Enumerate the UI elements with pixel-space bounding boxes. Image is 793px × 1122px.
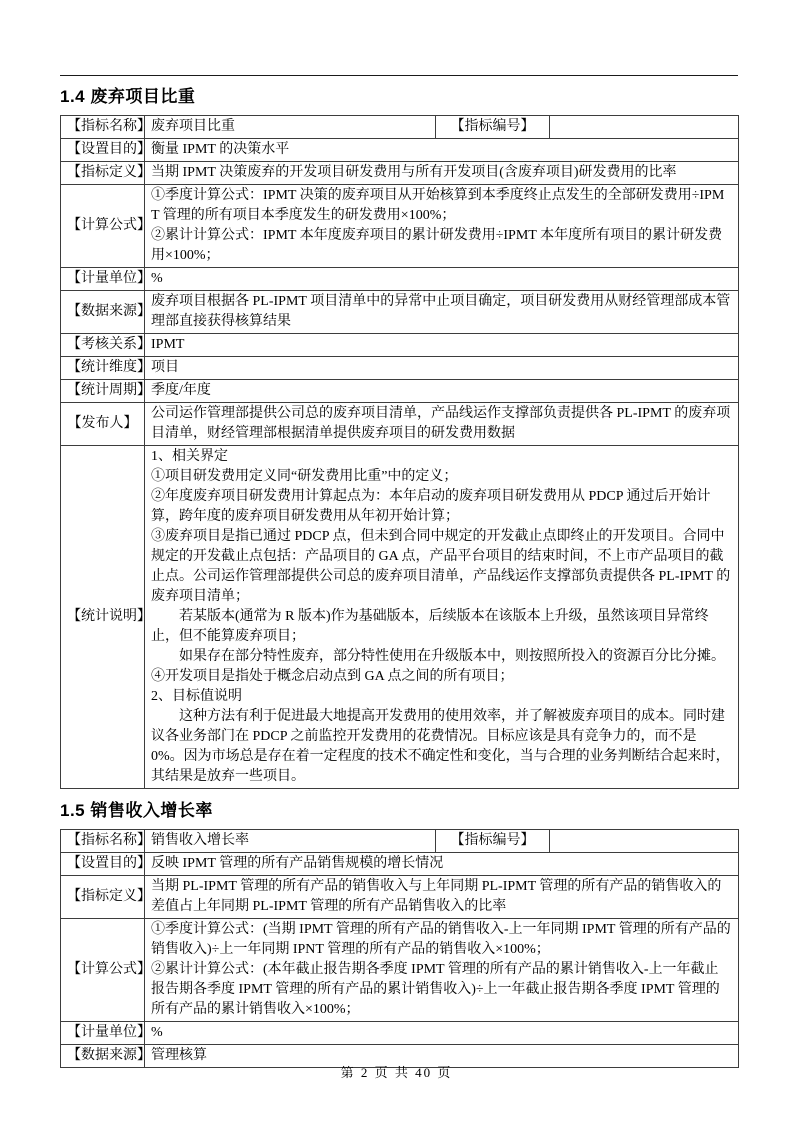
row-stat-dimension: 【统计维度】 项目 bbox=[61, 357, 739, 380]
row-label: 【统计周期】 bbox=[61, 380, 145, 403]
metric-name-value: 废弃项目比重 bbox=[145, 116, 436, 139]
row-value: 当期 PL-IPMT 管理的所有产品的销售收入与上年同期 PL-IPMT 管理的… bbox=[145, 876, 739, 919]
metric-name-label: 【指标名称】 bbox=[61, 116, 145, 139]
row-label: 【设置目的】 bbox=[61, 139, 145, 162]
row-value: 公司运作管理部提供公司总的废弃项目清单，产品线运作支撑部负责提供各 PL-IPM… bbox=[145, 403, 739, 446]
section-heading-1-4: 1.4 废弃项目比重 bbox=[60, 86, 738, 108]
row-data-source: 【数据来源】 废弃项目根据各 PL-IPMT 项目清单中的异常中止项目确定，项目… bbox=[61, 291, 739, 334]
row-value: IPMT bbox=[145, 334, 739, 357]
row-value: ①季度计算公式：(当期 IPMT 管理的所有产品的销售收入-上一年同期 IPMT… bbox=[145, 919, 739, 1022]
metric-code-value bbox=[550, 830, 739, 853]
row-label: 【统计维度】 bbox=[61, 357, 145, 380]
row-value: 项目 bbox=[145, 357, 739, 380]
row-stat-period: 【统计周期】 季度/年度 bbox=[61, 380, 739, 403]
row-unit: 【计量单位】 % bbox=[61, 1022, 739, 1045]
row-value: % bbox=[145, 268, 739, 291]
row-value: 1、相关界定 ①项目研发费用定义同“研发费用比重”中的定义； ②年度废弃项目研发… bbox=[145, 446, 739, 789]
row-label: 【数据来源】 bbox=[61, 291, 145, 334]
row-unit: 【计量单位】 % bbox=[61, 268, 739, 291]
metric-code-label: 【指标编号】 bbox=[436, 116, 550, 139]
header-rule bbox=[60, 75, 738, 76]
row-label: 【计量单位】 bbox=[61, 268, 145, 291]
row-setting-purpose: 【设置目的】 衡量 IPMT 的决策水平 bbox=[61, 139, 739, 162]
row-label: 【发布人】 bbox=[61, 403, 145, 446]
document-page: 1.4 废弃项目比重 【指标名称】 废弃项目比重 【指标编号】 【设置目的】 衡… bbox=[0, 0, 793, 1122]
metric-code-value bbox=[550, 116, 739, 139]
row-label: 【计算公式】 bbox=[61, 185, 145, 268]
row-value: ①季度计算公式：IPMT 决策的废弃项目从开始核算到本季度终止点发生的全部研发费… bbox=[145, 185, 739, 268]
row-metric-name: 【指标名称】 废弃项目比重 【指标编号】 bbox=[61, 116, 739, 139]
metric-table-sales-growth: 【指标名称】 销售收入增长率 【指标编号】 【设置目的】 反映 IPMT 管理的… bbox=[60, 829, 739, 1068]
row-definition: 【指标定义】 当期 IPMT 决策废弃的开发项目研发费用与所有开发项目(含废弃项… bbox=[61, 162, 739, 185]
metric-table-abandoned-project: 【指标名称】 废弃项目比重 【指标编号】 【设置目的】 衡量 IPMT 的决策水… bbox=[60, 115, 739, 789]
metric-code-label: 【指标编号】 bbox=[436, 830, 550, 853]
row-formula: 【计算公式】 ①季度计算公式：IPMT 决策的废弃项目从开始核算到本季度终止点发… bbox=[61, 185, 739, 268]
row-assessment-relation: 【考核关系】 IPMT bbox=[61, 334, 739, 357]
row-value: % bbox=[145, 1022, 739, 1045]
row-definition: 【指标定义】 当期 PL-IPMT 管理的所有产品的销售收入与上年同期 PL-I… bbox=[61, 876, 739, 919]
row-label: 【统计说明】 bbox=[61, 446, 145, 789]
row-value: 季度/年度 bbox=[145, 380, 739, 403]
row-label: 【计算公式】 bbox=[61, 919, 145, 1022]
row-value: 废弃项目根据各 PL-IPMT 项目清单中的异常中止项目确定，项目研发费用从财经… bbox=[145, 291, 739, 334]
row-value: 当期 IPMT 决策废弃的开发项目研发费用与所有开发项目(含废弃项目)研发费用的… bbox=[145, 162, 739, 185]
row-label: 【计量单位】 bbox=[61, 1022, 145, 1045]
row-setting-purpose: 【设置目的】 反映 IPMT 管理的所有产品销售规模的增长情况 bbox=[61, 853, 739, 876]
row-label: 【考核关系】 bbox=[61, 334, 145, 357]
row-publisher: 【发布人】 公司运作管理部提供公司总的废弃项目清单，产品线运作支撑部负责提供各 … bbox=[61, 403, 739, 446]
row-metric-name: 【指标名称】 销售收入增长率 【指标编号】 bbox=[61, 830, 739, 853]
row-label: 【指标定义】 bbox=[61, 876, 145, 919]
section-heading-1-5: 1.5 销售收入增长率 bbox=[60, 800, 738, 822]
page-content: 1.4 废弃项目比重 【指标名称】 废弃项目比重 【指标编号】 【设置目的】 衡… bbox=[60, 86, 738, 1068]
row-formula: 【计算公式】 ①季度计算公式：(当期 IPMT 管理的所有产品的销售收入-上一年… bbox=[61, 919, 739, 1022]
row-value: 衡量 IPMT 的决策水平 bbox=[145, 139, 739, 162]
row-value: 反映 IPMT 管理的所有产品销售规模的增长情况 bbox=[145, 853, 739, 876]
row-label: 【指标定义】 bbox=[61, 162, 145, 185]
metric-name-label: 【指标名称】 bbox=[61, 830, 145, 853]
row-label: 【设置目的】 bbox=[61, 853, 145, 876]
metric-name-value: 销售收入增长率 bbox=[145, 830, 436, 853]
page-number-footer: 第 2 页 共 40 页 bbox=[0, 1064, 793, 1082]
row-stat-notes: 【统计说明】 1、相关界定 ①项目研发费用定义同“研发费用比重”中的定义； ②年… bbox=[61, 446, 739, 789]
